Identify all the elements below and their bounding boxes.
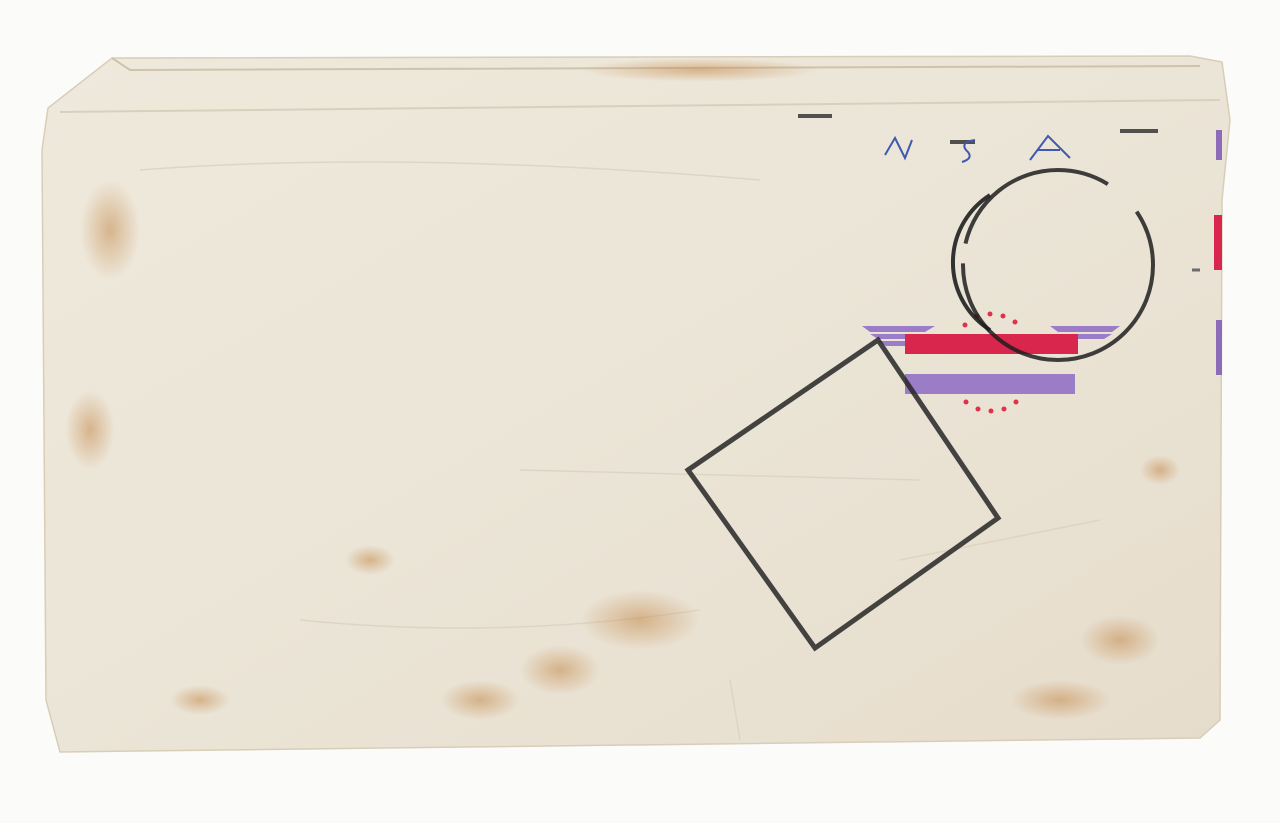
via-air-mail-band	[905, 334, 1078, 354]
envelope-photo	[0, 0, 1280, 823]
par-avion-band	[905, 374, 1075, 394]
